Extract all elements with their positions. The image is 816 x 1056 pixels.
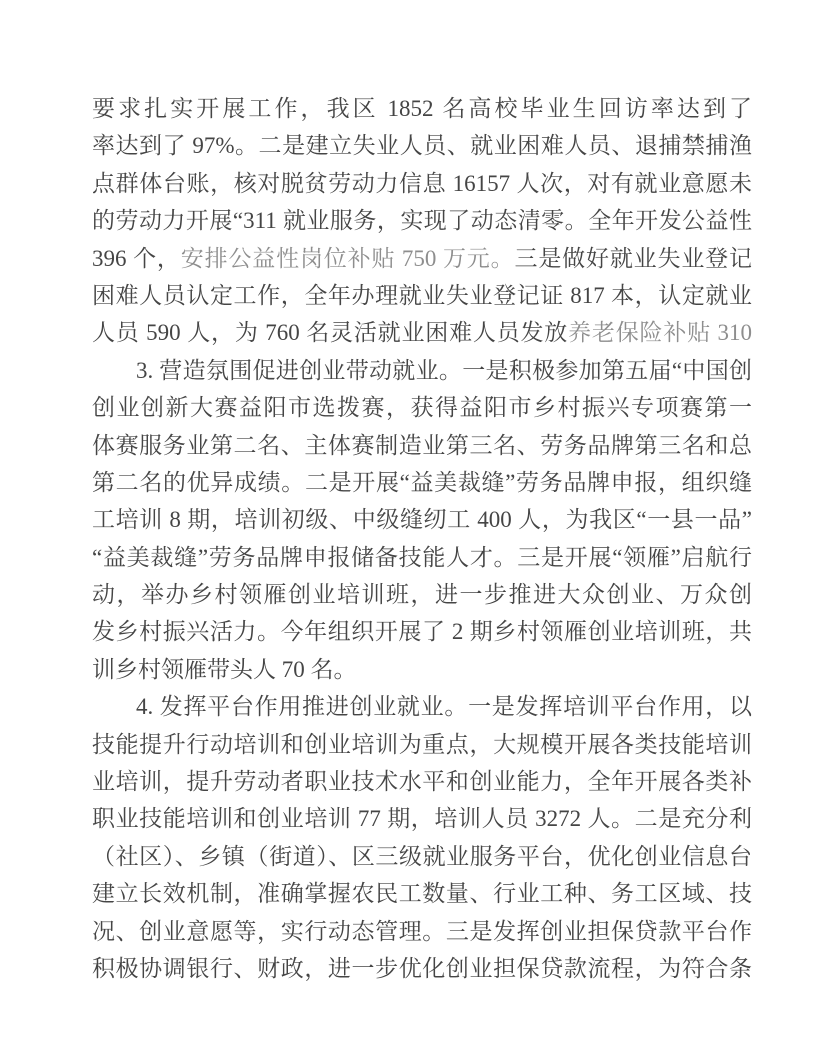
text-line: 积极协调银行、财政，进一步优化创业担保贷款流程，为符合条件的 <box>92 950 752 987</box>
text-line: 率达到了 97%。二是建立失业人员、就业困难人员、退捕禁捕渔民等重 <box>92 127 752 164</box>
text-line: 的劳动力开展“311 就业服务，实现了动态清零。全年开发公益性岗位 <box>92 202 752 239</box>
text-line: 体赛服务业第二名、主体赛制造业第三名、劳务品牌第三名和总成绩 <box>92 427 752 464</box>
text-segment: 技能提升行动培训和创业培训为重点，大规模开展各类技能培训和创 <box>92 732 752 763</box>
text-segment: 人员 590 人，为 760 名灵活就业困难人员发放 <box>92 320 568 345</box>
text-line: 点群体台账，核对脱贫劳动力信息 16157 人次，对有就业意愿未就业 <box>92 165 752 202</box>
text-line: 发乡村振兴活力。今年组织开展了 2 期乡村领雁创业培训班，共计培 <box>92 613 752 650</box>
text-line: 396 个，安排公益性岗位补贴 750 万元。三是做好就业失业登记和就业 <box>92 240 752 277</box>
text-line: 动，举办乡村领雁创业培训班，进一步推进大众创业、万众创新，激 <box>92 576 752 613</box>
text-line: 建立长效机制，准确掌握农民工数量、行业工种、务工区域、技能状 <box>92 875 752 912</box>
text-line: 要求扎实开展工作，我区 1852 名高校毕业生回访率达到了 100%，就业 <box>92 90 752 127</box>
text-segment: 困难人员认定工作，全年办理就业失业登记证 817 本，认定就业困难 <box>92 283 752 314</box>
text-segment: 率达到了 97%。二是建立失业人员、就业困难人员、退捕禁捕渔民等重 <box>92 133 752 164</box>
text-segment: 业培训，提升劳动者职业技术水平和创业能力，全年开展各类补贴性 <box>92 769 752 800</box>
text-segment: 动，举办乡村领雁创业培训班，进一步推进大众创业、万众创新，激 <box>92 582 752 613</box>
text-segment: 第二名的优异成绩。二是开展“益美裁缝”劳务品牌申报，组织缝纫 <box>92 470 752 501</box>
text-line: 人员 590 人，为 760 名灵活就业困难人员发放养老保险补贴 310 万元。 <box>92 314 752 351</box>
text-segment: 体赛服务业第二名、主体赛制造业第三名、劳务品牌第三名和总成绩 <box>92 433 752 464</box>
text-line: 技能提升行动培训和创业培训为重点，大规模开展各类技能培训和创 <box>92 726 752 763</box>
text-line: 工培训 8 期，培训初级、中级缝纫工 400 人，为我区“一县一品” <box>92 501 752 538</box>
text-line: “益美裁缝”劳务品牌申报储备技能人才。三是开展“领雁”启航行 <box>92 539 752 576</box>
text-segment: “益美裁缝”劳务品牌申报储备技能人才。三是开展“领雁”启航行 <box>92 545 752 570</box>
text-segment-muted: 安排公益性岗位补贴 750 万元。 <box>181 246 515 271</box>
text-segment: 4. 发挥平台作用推进创业就业。一是发挥培训平台作用，以职业 <box>136 694 752 725</box>
text-segment: 要求扎实开展工作，我区 1852 名高校毕业生回访率达到了 100%，就业 <box>92 96 752 127</box>
text-segment: 396 个， <box>92 246 181 271</box>
text-segment: （社区）、乡镇（街道）、区三级就业服务平台，优化创业信息台账， <box>92 844 752 875</box>
document-text-block: 要求扎实开展工作，我区 1852 名高校毕业生回访率达到了 100%，就业率达到… <box>92 90 752 987</box>
text-segment: 训乡村领雁带头人 70 名。 <box>92 657 357 682</box>
text-segment: 创业创新大赛益阳市选拨赛，获得益阳市乡村振兴专项赛第一名、主 <box>92 395 752 426</box>
text-line: （社区）、乡镇（街道）、区三级就业服务平台，优化创业信息台账， <box>92 838 752 875</box>
text-segment: 建立长效机制，准确掌握农民工数量、行业工种、务工区域、技能状 <box>92 881 752 912</box>
text-line: 困难人员认定工作，全年办理就业失业登记证 817 本，认定就业困难 <box>92 277 752 314</box>
document-page: 要求扎实开展工作，我区 1852 名高校毕业生回访率达到了 100%，就业率达到… <box>0 0 816 1056</box>
text-segment: 发乡村振兴活力。今年组织开展了 2 期乡村领雁创业培训班，共计培 <box>92 619 752 650</box>
text-segment: 3. 营造氛围促进创业带动就业。一是积极参加第五届“中国创翼” <box>136 358 752 389</box>
text-segment: 工培训 8 期，培训初级、中级缝纫工 400 人，为我区“一县一品” <box>92 507 752 532</box>
text-segment: 况、创业意愿等，实行动态管理。三是发挥创业担保贷款平台作用， <box>92 919 752 950</box>
text-segment: 职业技能培训和创业培训 77 期，培训人员 3272 人。二是充分利用村 <box>92 806 752 837</box>
text-segment: 积极协调银行、财政，进一步优化创业担保贷款流程，为符合条件的 <box>92 956 752 987</box>
text-line: 训乡村领雁带头人 70 名。 <box>92 651 752 688</box>
text-line: 业培训，提升劳动者职业技术水平和创业能力，全年开展各类补贴性 <box>92 763 752 800</box>
text-line: 3. 营造氛围促进创业带动就业。一是积极参加第五届“中国创翼” <box>92 352 752 389</box>
text-line: 况、创业意愿等，实行动态管理。三是发挥创业担保贷款平台作用， <box>92 913 752 950</box>
text-line: 创业创新大赛益阳市选拨赛，获得益阳市乡村振兴专项赛第一名、主 <box>92 389 752 426</box>
text-segment: 点群体台账，核对脱贫劳动力信息 16157 人次，对有就业意愿未就业 <box>92 171 752 202</box>
text-segment: 的劳动力开展“311 就业服务，实现了动态清零。全年开发公益性岗位 <box>92 208 752 239</box>
text-line: 第二名的优异成绩。二是开展“益美裁缝”劳务品牌申报，组织缝纫 <box>92 464 752 501</box>
text-line: 职业技能培训和创业培训 77 期，培训人员 3272 人。二是充分利用村 <box>92 800 752 837</box>
text-line: 4. 发挥平台作用推进创业就业。一是发挥培训平台作用，以职业 <box>92 688 752 725</box>
